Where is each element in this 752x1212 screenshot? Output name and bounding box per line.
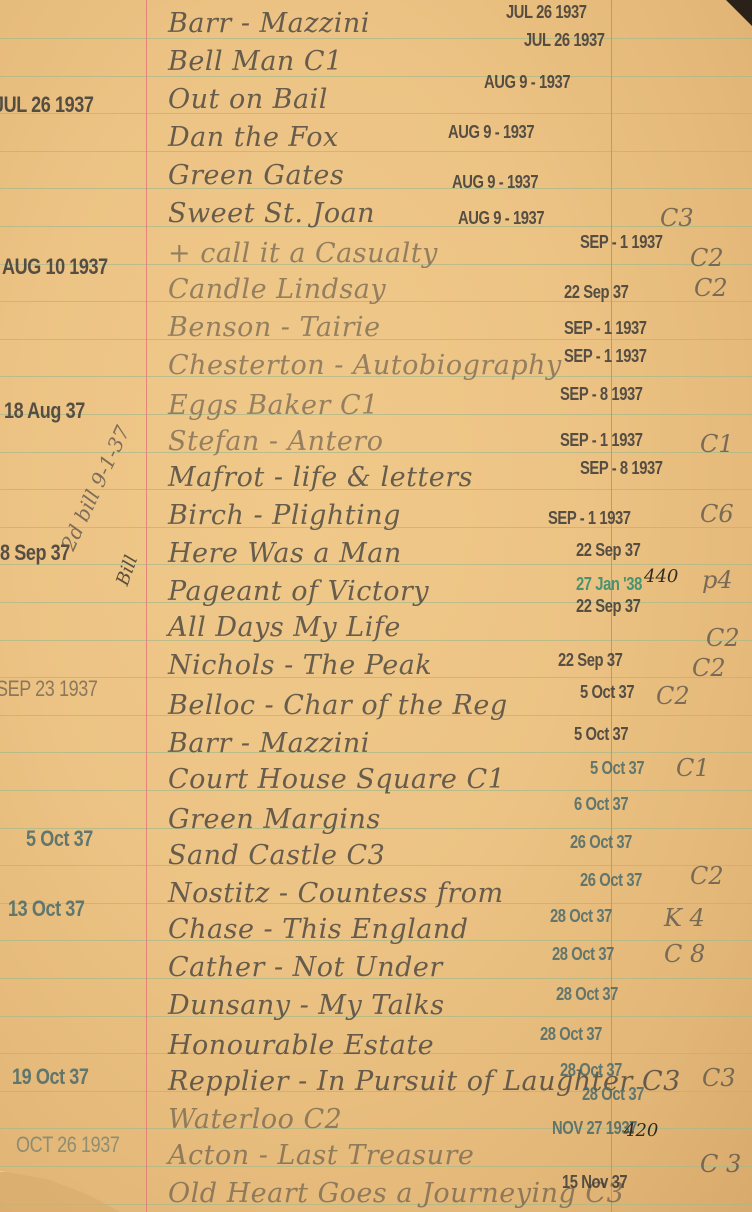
book-entry: Mafrot - life & letters — [168, 462, 473, 493]
date-stamp: 28 Oct 37 — [540, 1024, 602, 1045]
book-entry: Sweet St. Joan — [168, 198, 375, 229]
date-stamp: 5 Oct 37 — [580, 682, 634, 703]
book-entry: Old Heart Goes a Journeying C3 — [168, 1178, 624, 1209]
date-stamp: 28 Oct 37 — [560, 1060, 622, 1081]
pencil-note: K 4 — [664, 904, 705, 932]
ruled-line — [0, 76, 752, 77]
book-entry: Green Margins — [168, 804, 381, 835]
book-entry: Belloc - Char of the Reg — [168, 690, 508, 721]
book-entry: Chesterton - Autobiography — [168, 350, 562, 381]
date-stamp: 5 Oct 37 — [26, 826, 93, 852]
date-stamp: 28 Oct 37 — [552, 944, 614, 965]
date-stamp: 22 Sep 37 — [558, 650, 622, 671]
ruled-line — [0, 752, 752, 753]
ruled-line — [0, 188, 752, 189]
book-entry: Benson - Tairie — [168, 312, 381, 343]
pencil-note: C2 — [690, 244, 724, 272]
left-margin-line — [146, 0, 147, 1212]
ruled-line — [0, 226, 752, 227]
pencil-note: C2 — [706, 624, 740, 652]
date-stamp: JUL 26 1937 — [506, 2, 587, 23]
book-entry: Out on Bail — [168, 84, 328, 115]
date-stamp: AUG 10 1937 — [2, 254, 108, 280]
date-stamp: 26 Oct 37 — [570, 832, 632, 853]
date-stamp: 19 Oct 37 — [12, 1064, 89, 1090]
pencil-note: C3 — [702, 1064, 736, 1092]
pencil-note: C2 — [692, 654, 726, 682]
date-stamp: SEP - 1 1937 — [564, 318, 647, 339]
date-stamp: 5 Oct 37 — [590, 758, 644, 779]
date-stamp: 22 Sep 37 — [576, 540, 640, 561]
book-entry: Sand Castle C3 — [168, 840, 385, 871]
book-entry: All Days My Life — [168, 612, 401, 643]
date-stamp: AUG 9 - 1937 — [448, 122, 534, 143]
date-stamp: JUL 26 1937 — [524, 30, 605, 51]
ruled-line — [0, 151, 752, 152]
book-entry: Candle Lindsay — [168, 274, 386, 305]
book-entry: Bell Man C1 — [168, 46, 343, 77]
book-entry: Barr - Mazzini — [168, 8, 370, 39]
date-stamp: SEP - 8 1937 — [580, 458, 663, 479]
date-stamp: 22 Sep 37 — [576, 596, 640, 617]
pencil-note: C1 — [700, 430, 734, 458]
date-stamp: 18 Aug 37 — [4, 398, 85, 424]
pencil-note: C2 — [690, 862, 724, 890]
pencil-note: C6 — [700, 500, 734, 528]
date-stamp: SEP 23 1937 — [0, 676, 97, 702]
worn-corner — [726, 0, 752, 26]
book-entry: Dunsany - My Talks — [168, 990, 445, 1021]
library-card: Barr - MazziniBell Man C1Out on BailDan … — [0, 0, 752, 1212]
date-stamp: 28 Oct 37 — [582, 1084, 644, 1105]
pencil-note: C2 — [694, 274, 728, 302]
ink-note: 440 — [644, 566, 678, 587]
book-entry: Cather - Not Under — [168, 952, 443, 983]
ruled-line — [0, 38, 752, 39]
torn-edge — [0, 1171, 120, 1212]
book-entry: + call it a Casualty — [168, 238, 438, 269]
date-stamp: 27 Jan '38 — [576, 574, 642, 595]
book-entry: Stefan - Antero — [168, 426, 383, 457]
book-entry: Acton - Last Treasure — [168, 1140, 474, 1171]
pencil-note: C 3 — [700, 1150, 741, 1178]
date-stamp: SEP - 1 1937 — [564, 346, 647, 367]
date-stamp: 6 Oct 37 — [574, 794, 628, 815]
ink-note: 420 — [624, 1120, 658, 1141]
pencil-note: p4 — [702, 566, 733, 594]
date-stamp: SEP - 1 1937 — [548, 508, 631, 529]
date-stamp: 22 Sep 37 — [564, 282, 628, 303]
date-stamp: 28 Oct 37 — [550, 906, 612, 927]
date-stamp: 13 Oct 37 — [8, 896, 85, 922]
book-entry: Court House Square C1 — [168, 764, 505, 795]
date-stamp: 26 Oct 37 — [580, 870, 642, 891]
date-stamp: SEP - 1 1937 — [580, 232, 663, 253]
book-entry: Waterloo C2 — [168, 1104, 342, 1135]
book-entry: Green Gates — [168, 160, 344, 191]
ruled-line — [0, 113, 752, 114]
pencil-note: Bill — [112, 553, 142, 589]
pencil-note: C3 — [660, 204, 694, 232]
date-stamp: OCT 26 1937 — [16, 1132, 119, 1158]
date-stamp: SEP - 1 1937 — [560, 430, 643, 451]
book-entry: Pageant of Victory — [168, 576, 429, 607]
book-entry: Nostitz - Countess from — [168, 878, 504, 909]
book-entry: Barr - Mazzini — [168, 728, 370, 759]
book-entry: Birch - Plighting — [168, 500, 401, 531]
book-entry: Here Was a Man — [168, 538, 402, 569]
book-entry: Chase - This England — [168, 914, 469, 945]
date-stamp: AUG 9 - 1937 — [484, 72, 570, 93]
date-stamp: AUG 9 - 1937 — [458, 208, 544, 229]
book-entry: Eggs Baker C1 — [168, 390, 379, 421]
book-entry: Honourable Estate — [168, 1030, 434, 1061]
pencil-note: 2d bill 9-1-37 — [56, 422, 135, 554]
pencil-note: C1 — [676, 754, 710, 782]
date-stamp: JUL 26 1937 — [0, 92, 93, 118]
date-stamp: SEP - 8 1937 — [560, 384, 643, 405]
date-stamp: 15 Nov 37 — [562, 1172, 627, 1193]
date-stamp: 28 Oct 37 — [556, 984, 618, 1005]
date-stamp: 5 Oct 37 — [574, 724, 628, 745]
pencil-note: C 8 — [664, 940, 705, 968]
pencil-note: C2 — [656, 682, 690, 710]
book-entry: Nichols - The Peak — [168, 650, 432, 681]
date-stamp: AUG 9 - 1937 — [452, 172, 538, 193]
book-entry: Dan the Fox — [168, 122, 339, 153]
